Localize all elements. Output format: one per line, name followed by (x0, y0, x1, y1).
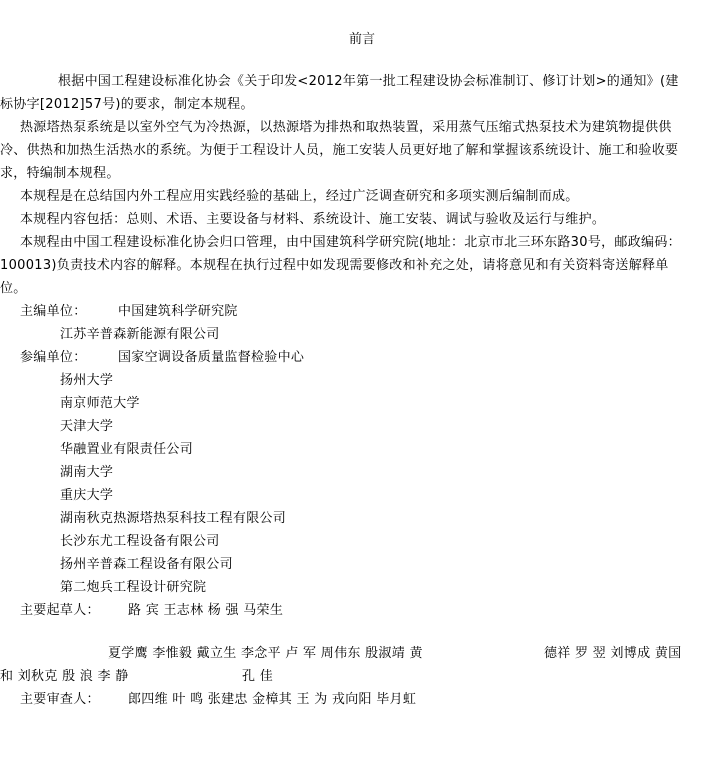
participating-editor-unit: 重庆大学 (60, 487, 113, 505)
main-drafters-names-line-2a: 夏学鹰 李惟毅 戴立生 李念平 卢 军 周伟东 殷淑靖 黄 (108, 645, 423, 663)
main-drafters-names-line-1: 路 宾 王志林 杨 强 马荣生 (128, 602, 283, 620)
chief-editor-unit: 中国建筑科学研究院 (118, 303, 238, 321)
paragraph-5-line-2: 100013)负责技术内容的解释。本规程在执行过程中如发现需要修改和补充之处，请… (0, 257, 669, 275)
participating-editor-unit: 湖南秋克热源塔热泵科技工程有限公司 (60, 510, 286, 528)
paragraph-4-line-1: 本规程内容包括：总则、术语、主要设备与材料、系统设计、施工安装、调试与验收及运行… (20, 211, 605, 229)
chief-editor-label: 主编单位： (20, 303, 87, 321)
participating-editor-unit: 扬州大学 (60, 372, 113, 390)
paragraph-1-line-2: 标协字[2012]57号)的要求，制定本规程。 (0, 96, 254, 114)
participating-editor-label: 参编单位： (20, 349, 87, 367)
paragraph-2-line-2: 冷、供热和加热生活热水的系统。为便于工程设计人员，施工安装人员更好地了解和掌握该… (0, 142, 678, 160)
main-reviewers-names: 郎四维 叶 鸣 张建忠 金樟其 王 为 戎向阳 毕月虹 (128, 691, 416, 709)
paragraph-2-line-1: 热源塔热泵系统是以室外空气为冷热源，以热源塔为排热和取热装置，采用蒸气压缩式热泵… (20, 119, 672, 137)
participating-editor-unit: 湖南大学 (60, 464, 113, 482)
participating-editor-unit: 第二炮兵工程设计研究院 (60, 579, 206, 597)
paragraph-1-line-1: 根据中国工程建设标准化协会《关于印发<2012年第一批工程建设协会标准制订、修订… (58, 73, 679, 91)
main-reviewers-label: 主要审查人： (20, 691, 100, 709)
participating-editor-unit: 长沙东尤工程设备有限公司 (60, 533, 220, 551)
chief-editor-unit: 江苏辛普森新能源有限公司 (60, 326, 220, 344)
participating-editor-unit: 华融置业有限责任公司 (60, 441, 193, 459)
paragraph-3-line-1: 本规程是在总结国内外工程应用实践经验的基础上，经过广泛调查研究和多项实测后编制而… (20, 188, 579, 206)
participating-editor-unit: 南京师范大学 (60, 395, 140, 413)
participating-editor-unit: 扬州辛普森工程设备有限公司 (60, 556, 233, 574)
main-drafters-names-line-2b: 德祥 罗 翌 刘博成 黄国 (544, 645, 681, 663)
main-drafters-names-line-3b: 孔 佳 (242, 668, 273, 686)
participating-editor-unit: 国家空调设备质量监督检验中心 (118, 349, 304, 367)
main-drafters-names-line-3a: 和 刘秋克 殷 浪 李 静 (0, 668, 129, 686)
paragraph-5-line-3: 位。 (0, 280, 27, 298)
document-title: 前言 (0, 31, 720, 49)
paragraph-5-line-1: 本规程由中国工程建设标准化协会归口管理，由中国建筑科学研究院(地址：北京市北三环… (20, 234, 681, 252)
paragraph-2-line-3: 求，特编制本规程。 (0, 165, 120, 183)
participating-editor-unit: 天津大学 (60, 418, 113, 436)
main-drafters-label: 主要起草人： (20, 602, 100, 620)
